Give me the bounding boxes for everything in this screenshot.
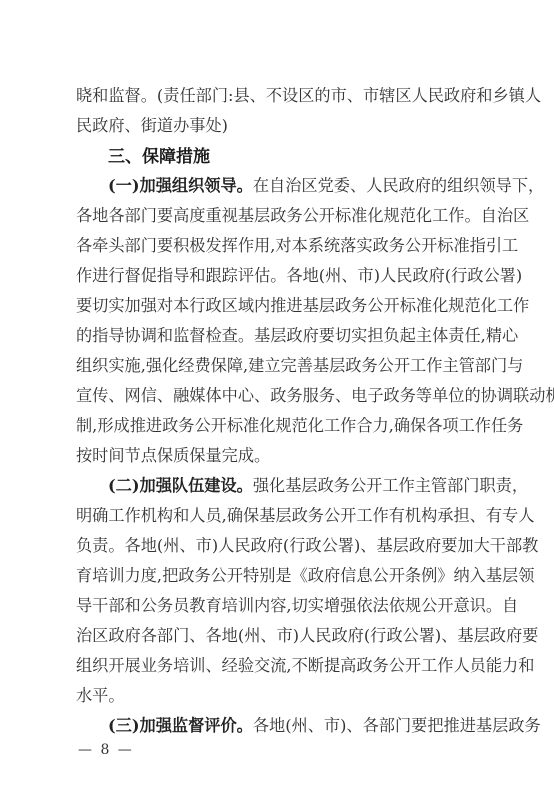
text-line: 各地各部门要高度重视基层政务公开标准化规范化工作。自治区 <box>76 205 496 227</box>
paragraph-text: 各地(州、市)、各部门要把推进基层政务 <box>253 716 541 735</box>
text-line: 治区政府各部门、各地(州、市)人民政府(行政公署)、基层政府要 <box>76 625 496 647</box>
paragraph-text: 强化基层政务公开工作主管部门职责， <box>253 476 528 495</box>
text-line: 明确工作机构和人员,确保基层政务公开工作有机构承担、有专人 <box>76 505 496 527</box>
text-line: 要切实加强对本行政区域内推进基层政务公开标准化规范化工作 <box>76 295 496 317</box>
paragraph-lead: (二)加强队伍建设。 <box>108 476 253 495</box>
text-line: 导干部和公务员教育培训内容,切实增强依法依规公开意识。自 <box>76 595 496 617</box>
text-line: 的指导协调和监督检查。基层政府要切实担负起主体责任,精心 <box>76 325 496 347</box>
paragraph-first-line: (一)加强组织领导。在自治区党委、人民政府的组织领导下， <box>108 175 496 197</box>
text-line: 组织实施,强化经费保障,建立完善基层政务公开工作主管部门与 <box>76 355 496 377</box>
text-line: 负责。各地(州、市)人民政府(行政公署)、基层政府要加大干部教 <box>76 535 496 557</box>
text-line: 制,形成推进政务公开标准化规范化工作合力,确保各项工作任务 <box>76 415 496 437</box>
text-line: 民政府、街道办事处) <box>76 115 496 137</box>
paragraph-first-line: (二)加强队伍建设。强化基层政务公开工作主管部门职责， <box>108 475 496 497</box>
paragraph-lead: (三)加强监督评价。 <box>108 716 253 735</box>
text-line: 各牵头部门要积极发挥作用,对本系统落实政务公开标准指引工 <box>76 235 496 257</box>
paragraph-lead: (一)加强组织领导。 <box>108 176 253 195</box>
text-line: 宣传、网信、融媒体中心、政务服务、电子政务等单位的协调联动机 <box>76 385 496 407</box>
document-page: 晓和监督。(责任部门:县、不设区的市、市辖区人民政府和乡镇人 民政府、街道办事处… <box>0 0 554 808</box>
paragraph-first-line: (三)加强监督评价。各地(州、市)、各部门要把推进基层政务 <box>108 715 496 737</box>
text-line: 按时间节点保质保量完成。 <box>76 445 496 467</box>
text-line: 育培训力度,把政务公开特别是《政府信息公开条例》纳入基层领 <box>76 565 496 587</box>
text-line: 水平。 <box>76 685 496 707</box>
section-heading: 三、保障措施 <box>108 145 210 169</box>
text-line: 作进行督促指导和跟踪评估。各地(州、市)人民政府(行政公署) <box>76 265 496 287</box>
text-line: 晓和监督。(责任部门:县、不设区的市、市辖区人民政府和乡镇人 <box>76 85 496 107</box>
text-line: 组织开展业务培训、经验交流,不断提高政务公开工作人员能力和 <box>76 655 496 677</box>
page-number: — 8 — <box>78 740 134 760</box>
paragraph-text: 在自治区党委、人民政府的组织领导下， <box>253 176 544 195</box>
